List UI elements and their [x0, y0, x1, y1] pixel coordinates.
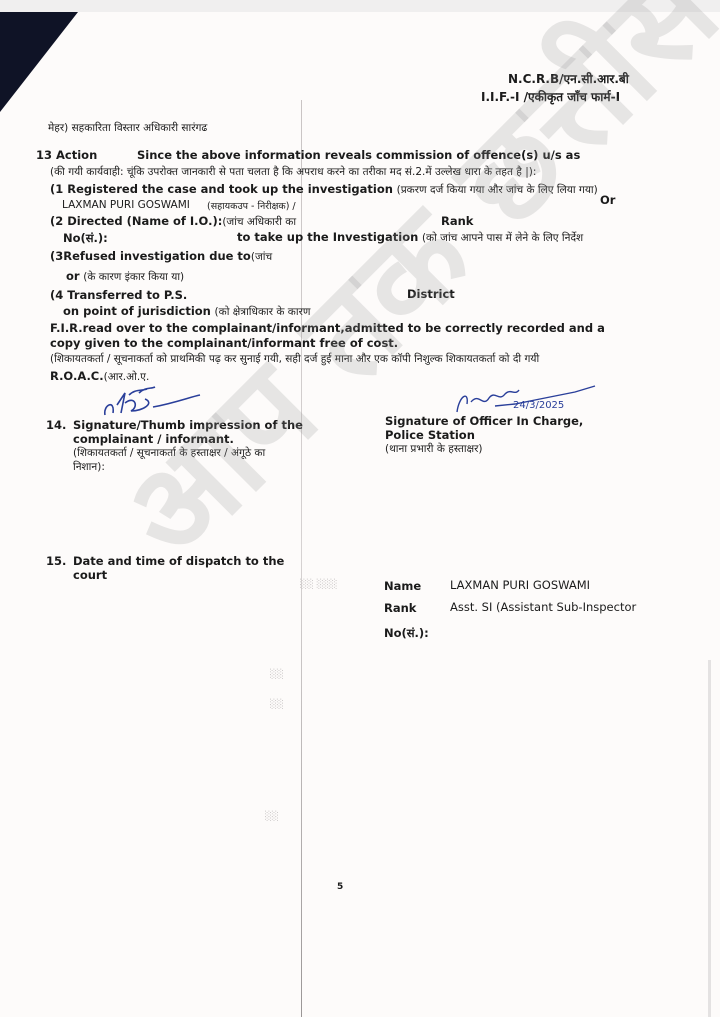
officer-rank-hindi: (सहायकउप - निरीक्षक) /: [207, 199, 296, 212]
section14-hindi1: (शिकायतकर्ता / सूचनाकर्ता के हस्ताक्षर /…: [73, 446, 265, 460]
section15-label1: Date and time of dispatch to the: [73, 554, 284, 568]
option1-hindi: (प्रकरण दर्ज किया गया और जांच के लिए लिय…: [397, 184, 598, 196]
or-refused-hindi: (के कारण इंकार किया या): [83, 271, 184, 283]
fir-read-hindi: (शिकायतकर्ता / सूचनाकर्ता को प्राथमिकी प…: [50, 352, 539, 366]
top-strip: [0, 0, 720, 12]
section14-number: 14.: [46, 418, 66, 432]
rank-label: Rank: [441, 214, 473, 228]
bleed-through-text: ░░: [270, 670, 284, 680]
section14-label2: complainant / informant.: [73, 432, 234, 446]
district-label: District: [407, 287, 455, 301]
bleed-through-text: ░░ ░░░: [300, 580, 337, 590]
no-label-15: No(सं.):: [384, 626, 429, 641]
bleed-through-text: ░░: [265, 812, 279, 822]
fir-read-line2: copy given to the complainant/informant …: [50, 336, 398, 350]
option2-label: (2 Directed (Name of I.O.):: [50, 214, 222, 228]
option3-hindi: (जांच: [251, 251, 272, 263]
name-label: Name: [384, 579, 421, 593]
option4-label: (4 Transferred to P.S.: [50, 288, 187, 302]
officer-signature: 24/3/2025: [455, 382, 605, 418]
dark-corner: [0, 12, 78, 112]
officer-sig-label2: Police Station: [385, 428, 475, 442]
continued-text: मेहर) सहकारिता विस्तार अधिकारी सारंगढ: [48, 121, 207, 135]
section13-intro-hindi: (की गयी कार्यवाही: चूंकि उपरोक्त जानकारी…: [50, 165, 536, 179]
section15-number: 15.: [46, 554, 66, 568]
bleed-through-text: ░░: [270, 700, 284, 710]
or-label: Or: [600, 193, 615, 207]
fir-read-line1: F.I.R.read over to the complainant/infor…: [50, 321, 605, 335]
page-number: 5: [337, 882, 343, 892]
jurisdiction-label: on point of jurisdiction: [63, 304, 211, 318]
section13-intro: Since the above information reveals comm…: [137, 148, 580, 162]
take-up-label: to take up the Investigation: [237, 230, 418, 244]
roac-label: R.O.A.C.: [50, 369, 104, 383]
officer-sig-label1: Signature of Officer In Charge,: [385, 414, 583, 428]
section15-label2: court: [73, 568, 107, 582]
option2-hindi: (जांच अधिकारी का: [222, 216, 296, 228]
section13-label: 13 Action: [36, 148, 97, 162]
svg-text:24/3/2025: 24/3/2025: [513, 400, 564, 411]
section14-label1: Signature/Thumb impression of the: [73, 418, 303, 432]
iif-header: I.I.F.-I /एकीकृत जाँच फार्म-I: [481, 88, 620, 105]
name-value: LAXMAN PURI GOSWAMI: [450, 578, 590, 592]
rank-value: Asst. SI (Assistant Sub-Inspector: [450, 600, 636, 614]
or-refused-label: or: [66, 269, 80, 283]
take-up-hindi: (को जांच आपने पास में लेने के लिए निर्दे…: [422, 232, 583, 244]
option3-label: (3Refused investigation due to: [50, 249, 251, 263]
rank-label-15: Rank: [384, 601, 416, 615]
section14-hindi2: निशान):: [73, 460, 105, 474]
officer-sig-hindi: (थाना प्रभारी के हस्ताक्षर): [385, 442, 483, 456]
officer-name: LAXMAN PURI GOSWAMI: [62, 199, 190, 211]
page-edge: [708, 660, 711, 1017]
roac-hindi: (आर.ओ.ए.: [104, 371, 150, 383]
jurisdiction-hindi: (को क्षेत्राधिकार के कारण: [215, 306, 311, 318]
ncrb-header: N.C.R.B/एन.सी.आर.बी: [508, 70, 629, 87]
option1-label: (1 Registered the case and took up the i…: [50, 182, 393, 196]
no-label: No(सं.):: [63, 231, 108, 246]
